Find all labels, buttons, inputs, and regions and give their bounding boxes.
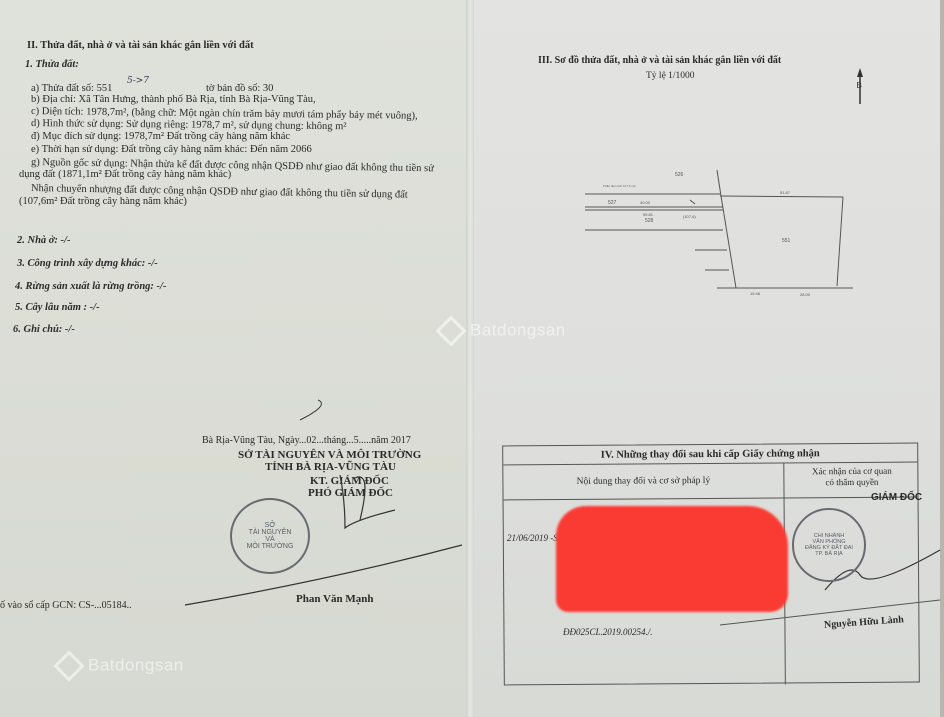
signer-role-2: PHÓ GIÁM ĐỐC (308, 487, 393, 499)
item-planted-forest: 4. Rừng sản xuất là rừng trồng: -/- (15, 281, 166, 293)
change-entry-code: ĐĐ025CL.2019.00254./. (563, 626, 653, 638)
usage-term-line: e) Thời hạn sử dụng: Đất trồng cây hàng … (31, 144, 312, 156)
item-house: 2. Nhà ở: -/- (17, 235, 70, 247)
authority-role: GIÁM ĐỐC (871, 492, 922, 504)
stamp-text: TÀI NGUYÊN (249, 529, 292, 536)
svg-text:28.00: 28.00 (800, 292, 811, 297)
svg-text:51.87: 51.87 (780, 190, 791, 195)
column-header-content: Nội dung thay đổi và cơ sở pháp lý (503, 463, 783, 499)
stamp-text: MÔI TRƯỜNG (247, 543, 294, 550)
page-fold (466, 0, 474, 717)
svg-text:Phần diện tích 107,6 m2: Phần diện tích 107,6 m2 (603, 184, 636, 188)
address-line: b) Địa chỉ: Xã Tân Hưng, thành phố Bà Rị… (31, 94, 316, 106)
item-perennial-trees: 5. Cây lâu năm : -/- (15, 302, 100, 314)
usage-purpose-line: đ) Mục đích sử dụng: 1978,7m² Đất trồng … (31, 131, 290, 143)
svg-text:(107,6): (107,6) (683, 214, 696, 219)
north-arrow-icon: B (855, 68, 865, 104)
stamp-text: TP. BÀ RỊA (815, 551, 842, 557)
origin-line-2: dụng đất (1871,1m² Đất trồng cây hàng nă… (19, 169, 231, 181)
official-stamp-right: CHI NHÁNH VĂN PHÒNG ĐĂNG KÝ ĐẤT ĐAI TP. … (792, 508, 866, 582)
map-scale: Tỷ lệ 1/1000 (646, 70, 695, 82)
issuing-org-line2: TỈNH BÀ RỊA-VŨNG TÀU (265, 461, 396, 473)
watermark-logo-icon (435, 315, 466, 346)
signer-name: Phan Văn Mạnh (296, 593, 373, 605)
changes-table-title: IV. Những thay đổi sau khi cấp Giấy chứn… (503, 444, 917, 466)
section3-title: III. Sơ đồ thửa đất, nhà ở và tài sản kh… (538, 55, 781, 67)
signer-role-1: KT. GIÁM ĐỐC (310, 475, 389, 487)
svg-text:551: 551 (782, 238, 791, 244)
gcn-register-line: ố vào sổ cấp GCN: CS-...05184.. (0, 600, 132, 612)
svg-text:B: B (857, 81, 862, 90)
issuing-org-line1: SỞ TÀI NGUYÊN VÀ MÔI TRƯỜNG (238, 449, 421, 461)
svg-text:15.46: 15.46 (750, 291, 761, 296)
change-entry-date: 21/06/2019 -S (507, 532, 558, 544)
watermark-text: Batdongsan (470, 320, 566, 339)
stamp-text: VÀ (265, 536, 274, 543)
page-edge (940, 0, 944, 717)
watermark: Batdongsan (440, 320, 566, 342)
watermark-logo-icon (53, 650, 84, 681)
item-notes: 6. Ghi chú: -/- (13, 324, 75, 336)
section2-title: II. Thửa đất, nhà ở và tài sản khác gắn … (27, 40, 254, 52)
column-header-authority-line2: có thẩm quyền (784, 477, 919, 489)
svg-text:528: 528 (645, 218, 654, 224)
issue-date-line: Bà Rịa-Vũng Tàu, Ngày...02...tháng...5..… (202, 435, 411, 447)
stamp-text: SỞ (265, 522, 276, 529)
watermark-text: Batdongsan (88, 655, 184, 674)
watermark: Batdongsan (58, 655, 184, 677)
parcel-diagram: 526 527 528 551 Phần diện tích 107,6 m2 … (585, 160, 855, 300)
svg-text:40.00: 40.00 (640, 200, 651, 205)
redaction-mark (556, 506, 788, 612)
svg-text:526: 526 (675, 172, 684, 178)
svg-text:527: 527 (608, 200, 617, 206)
svg-text:59.81: 59.81 (643, 212, 654, 217)
handwritten-note: 5->7 (127, 75, 149, 87)
land-title: 1. Thửa đất: (25, 59, 79, 71)
official-stamp-left: SỞ TÀI NGUYÊN VÀ MÔI TRƯỜNG (230, 498, 310, 574)
item-other-construction: 3. Công trình xây dựng khác: -/- (17, 258, 158, 270)
origin-line-4: (107,6m² Đất trồng cây hàng năm khác) (19, 196, 187, 208)
column-header-authority: Xác nhận của cơ quan có thẩm quyền (784, 466, 919, 489)
